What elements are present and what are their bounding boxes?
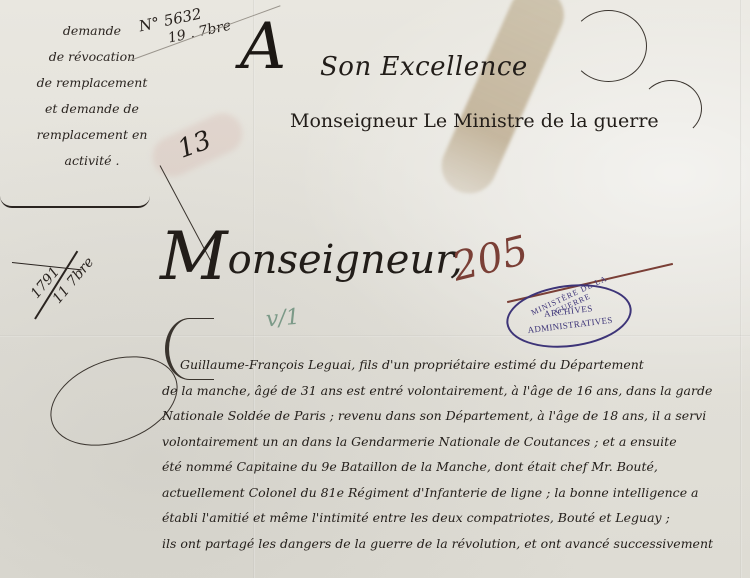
archives-stamp: MINISTÈRE DE LA GUERRE ARCHIVES ADMINIST… bbox=[503, 278, 636, 355]
salutation: Monseigneur, bbox=[160, 218, 463, 295]
margin-note-flourish-rule bbox=[0, 196, 150, 208]
salutation-text: onseigneur, bbox=[228, 237, 463, 283]
side-mark: 1791 11 7bre bbox=[26, 240, 99, 316]
body-line: Nationale Soldée de Paris ; revenu dans … bbox=[162, 403, 750, 429]
green-pencil-mark: v/1 bbox=[265, 305, 301, 333]
margin-note-line: et demande de bbox=[12, 96, 172, 122]
body-line: établi l'amitié et même l'intimité entre… bbox=[162, 505, 750, 531]
manuscript-page: demande de révocation de remplacement et… bbox=[0, 0, 750, 578]
margin-note-line: de remplacement bbox=[12, 70, 172, 96]
brown-stain bbox=[433, 0, 573, 202]
subtitle-flourish bbox=[640, 80, 702, 137]
body-line: ils ont partagé les dangers de la guerre… bbox=[162, 531, 750, 557]
body-line: été nommé Capitaine du 9e Bataillon de l… bbox=[162, 454, 750, 480]
title-flourish bbox=[570, 10, 647, 82]
margin-note-line: remplacement en bbox=[12, 122, 172, 148]
body-line: Guillaume-François Leguai, fils d'un pro… bbox=[180, 352, 750, 378]
body-line: de la manche, âgé de 31 ans est entré vo… bbox=[162, 378, 750, 404]
paper-fold-horizontal bbox=[0, 335, 750, 337]
addressee-subtitle: Monseigneur Le Ministre de la guerre bbox=[290, 110, 659, 132]
letter-body: Guillaume-François Leguai, fils d'un pro… bbox=[180, 352, 750, 556]
addressee-initial: A bbox=[240, 12, 286, 82]
salutation-initial: M bbox=[160, 218, 228, 295]
body-line: actuellement Colonel du 81e Régiment d'I… bbox=[162, 480, 750, 506]
addressee-title: Son Excellence bbox=[320, 52, 528, 82]
margin-note-line: activité . bbox=[12, 148, 172, 174]
body-line: volontairement un an dans la Gendarmerie… bbox=[162, 429, 750, 455]
